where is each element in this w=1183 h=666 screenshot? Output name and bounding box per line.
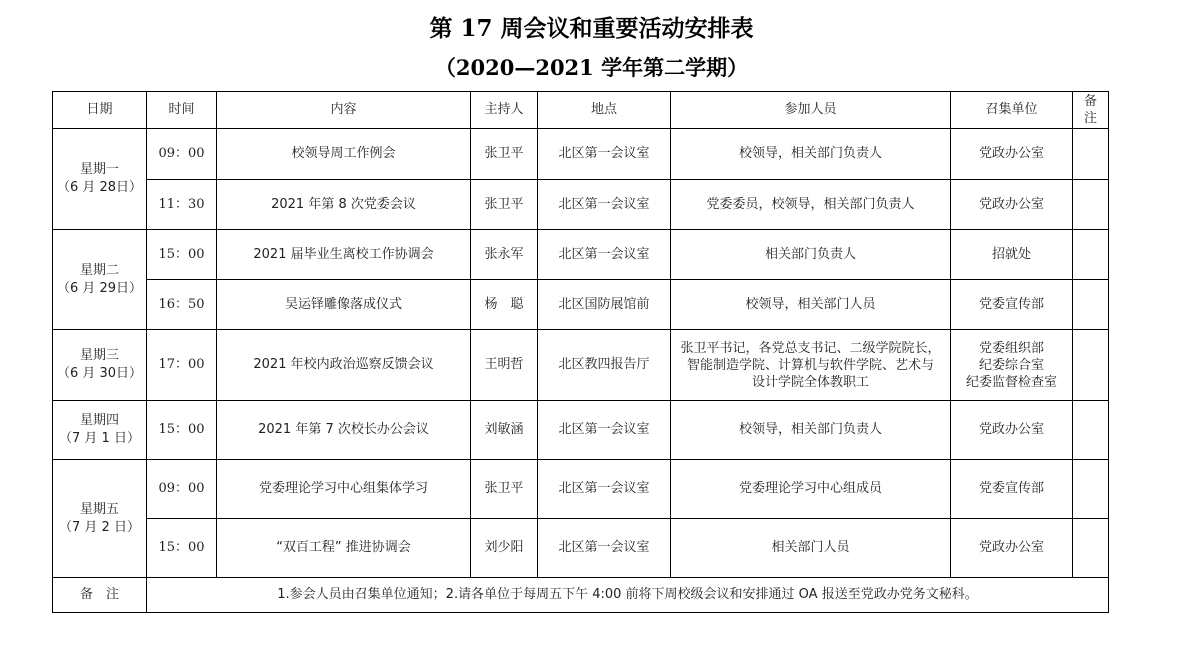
remarks-cell: [1073, 519, 1109, 578]
time-cell: 17：00: [147, 330, 217, 401]
host-cell: 杨 聪: [471, 280, 538, 330]
header-time: 时间: [147, 92, 217, 129]
schedule-table: 日期 时间 内容 主持人 地点 参加人员 召集单位 备注 星期一 （6 月 28…: [52, 91, 1109, 613]
time-cell: 09：00: [147, 460, 217, 519]
location-cell: 北区第一会议室: [538, 460, 671, 519]
organizer-cell: 招就处: [951, 230, 1073, 280]
organizer-cell: 党委宣传部: [951, 460, 1073, 519]
day-label: 星期四: [55, 412, 144, 430]
remarks-cell: [1073, 330, 1109, 401]
day-label: 星期一: [55, 161, 144, 179]
remarks-cell: [1073, 401, 1109, 460]
content-cell: 2021 年第 8 次党委会议: [217, 180, 471, 230]
attendees-cell: 校领导，相关部门负责人: [671, 129, 951, 180]
host-cell: 刘少阳: [471, 519, 538, 578]
header-location: 地点: [538, 92, 671, 129]
date-cell: 星期一 （6 月 28日）: [53, 129, 147, 230]
date-label: （7 月 2 日）: [55, 519, 144, 537]
organizer-line: 纪委监督检查室: [953, 374, 1070, 391]
header-date: 日期: [53, 92, 147, 129]
footer-row: 备 注 1.参会人员由召集单位通知；2.请各单位于每周五下午 4:00 前将下周…: [53, 578, 1109, 613]
remarks-cell: [1073, 460, 1109, 519]
attendees-cell: 党委理论学习中心组成员: [671, 460, 951, 519]
table-row: 11：30 2021 年第 8 次党委会议 张卫平 北区第一会议室 党委委员，校…: [53, 180, 1109, 230]
attendees-cell: 相关部门人员: [671, 519, 951, 578]
header-remarks: 备注: [1073, 92, 1109, 129]
page-subtitle: （2020—2021 学年第二学期）: [0, 52, 1183, 82]
attendees-cell: 张卫平书记，各党总支书记、二级学院院长， 智能制造学院、计算机与软件学院、艺术与…: [671, 330, 951, 401]
attendees-cell: 相关部门负责人: [671, 230, 951, 280]
host-cell: 张永军: [471, 230, 538, 280]
date-label: （7 月 1 日）: [55, 430, 144, 448]
location-cell: 北区第一会议室: [538, 230, 671, 280]
remarks-cell: [1073, 129, 1109, 180]
table-row: 星期四 （7 月 1 日） 15：00 2021 年第 7 次校长办公会议 刘敏…: [53, 401, 1109, 460]
content-cell: 2021 届毕业生离校工作协调会: [217, 230, 471, 280]
remarks-cell: [1073, 230, 1109, 280]
footer-label: 备 注: [53, 578, 147, 613]
organizer-line: 纪委综合室: [953, 357, 1070, 374]
organizer-cell: 党政办公室: [951, 129, 1073, 180]
date-cell: 星期四 （7 月 1 日）: [53, 401, 147, 460]
day-label: 星期三: [55, 347, 144, 365]
attendees-line: 张卫平书记，各党总支书记、二级学院院长，: [673, 340, 948, 357]
table-row: 16：50 吴运铎雕像落成仪式 杨 聪 北区国防展馆前 校领导，相关部门人员 党…: [53, 280, 1109, 330]
content-cell: “双百工程” 推进协调会: [217, 519, 471, 578]
header-host: 主持人: [471, 92, 538, 129]
time-cell: 16：50: [147, 280, 217, 330]
remarks-cell: [1073, 180, 1109, 230]
date-cell: 星期三 （6 月 30日）: [53, 330, 147, 401]
host-cell: 王明哲: [471, 330, 538, 401]
time-cell: 15：00: [147, 230, 217, 280]
location-cell: 北区第一会议室: [538, 129, 671, 180]
attendees-line: 设计学院全体教职工: [673, 374, 948, 391]
organizer-cell: 党政办公室: [951, 519, 1073, 578]
location-cell: 北区国防展馆前: [538, 280, 671, 330]
content-cell: 吴运铎雕像落成仪式: [217, 280, 471, 330]
table-row: 星期一 （6 月 28日） 09：00 校领导周工作例会 张卫平 北区第一会议室…: [53, 129, 1109, 180]
organizer-cell: 党政办公室: [951, 180, 1073, 230]
header-attendees: 参加人员: [671, 92, 951, 129]
date-label: （6 月 30日）: [55, 365, 144, 383]
time-cell: 09：00: [147, 129, 217, 180]
attendees-cell: 党委委员，校领导，相关部门负责人: [671, 180, 951, 230]
time-cell: 15：00: [147, 519, 217, 578]
content-cell: 党委理论学习中心组集体学习: [217, 460, 471, 519]
header-organizer: 召集单位: [951, 92, 1073, 129]
date-label: （6 月 28日）: [55, 179, 144, 197]
attendees-line: 智能制造学院、计算机与软件学院、艺术与: [673, 357, 948, 374]
table-row: 15：00 “双百工程” 推进协调会 刘少阳 北区第一会议室 相关部门人员 党政…: [53, 519, 1109, 578]
time-cell: 11：30: [147, 180, 217, 230]
host-cell: 张卫平: [471, 460, 538, 519]
attendees-cell: 校领导，相关部门负责人: [671, 401, 951, 460]
table-row: 星期二 （6 月 29日） 15：00 2021 届毕业生离校工作协调会 张永军…: [53, 230, 1109, 280]
date-cell: 星期二 （6 月 29日）: [53, 230, 147, 330]
organizer-cell: 党委组织部 纪委综合室 纪委监督检查室: [951, 330, 1073, 401]
location-cell: 北区教四报告厅: [538, 330, 671, 401]
organizer-cell: 党政办公室: [951, 401, 1073, 460]
content-cell: 2021 年校内政治巡察反馈会议: [217, 330, 471, 401]
attendees-cell: 校领导，相关部门人员: [671, 280, 951, 330]
header-row: 日期 时间 内容 主持人 地点 参加人员 召集单位 备注: [53, 92, 1109, 129]
location-cell: 北区第一会议室: [538, 180, 671, 230]
date-label: （6 月 29日）: [55, 280, 144, 298]
remarks-cell: [1073, 280, 1109, 330]
organizer-cell: 党委宣传部: [951, 280, 1073, 330]
table-row: 星期五 （7 月 2 日） 09：00 党委理论学习中心组集体学习 张卫平 北区…: [53, 460, 1109, 519]
host-cell: 刘敏涵: [471, 401, 538, 460]
footer-note: 1.参会人员由召集单位通知；2.请各单位于每周五下午 4:00 前将下周校级会议…: [147, 578, 1109, 613]
host-cell: 张卫平: [471, 129, 538, 180]
organizer-line: 党委组织部: [953, 340, 1070, 357]
location-cell: 北区第一会议室: [538, 519, 671, 578]
date-cell: 星期五 （7 月 2 日）: [53, 460, 147, 578]
page-title: 第 17 周会议和重要活动安排表: [0, 10, 1183, 43]
table-row: 星期三 （6 月 30日） 17：00 2021 年校内政治巡察反馈会议 王明哲…: [53, 330, 1109, 401]
location-cell: 北区第一会议室: [538, 401, 671, 460]
content-cell: 校领导周工作例会: [217, 129, 471, 180]
content-cell: 2021 年第 7 次校长办公会议: [217, 401, 471, 460]
day-label: 星期五: [55, 501, 144, 519]
host-cell: 张卫平: [471, 180, 538, 230]
day-label: 星期二: [55, 262, 144, 280]
header-content: 内容: [217, 92, 471, 129]
time-cell: 15：00: [147, 401, 217, 460]
